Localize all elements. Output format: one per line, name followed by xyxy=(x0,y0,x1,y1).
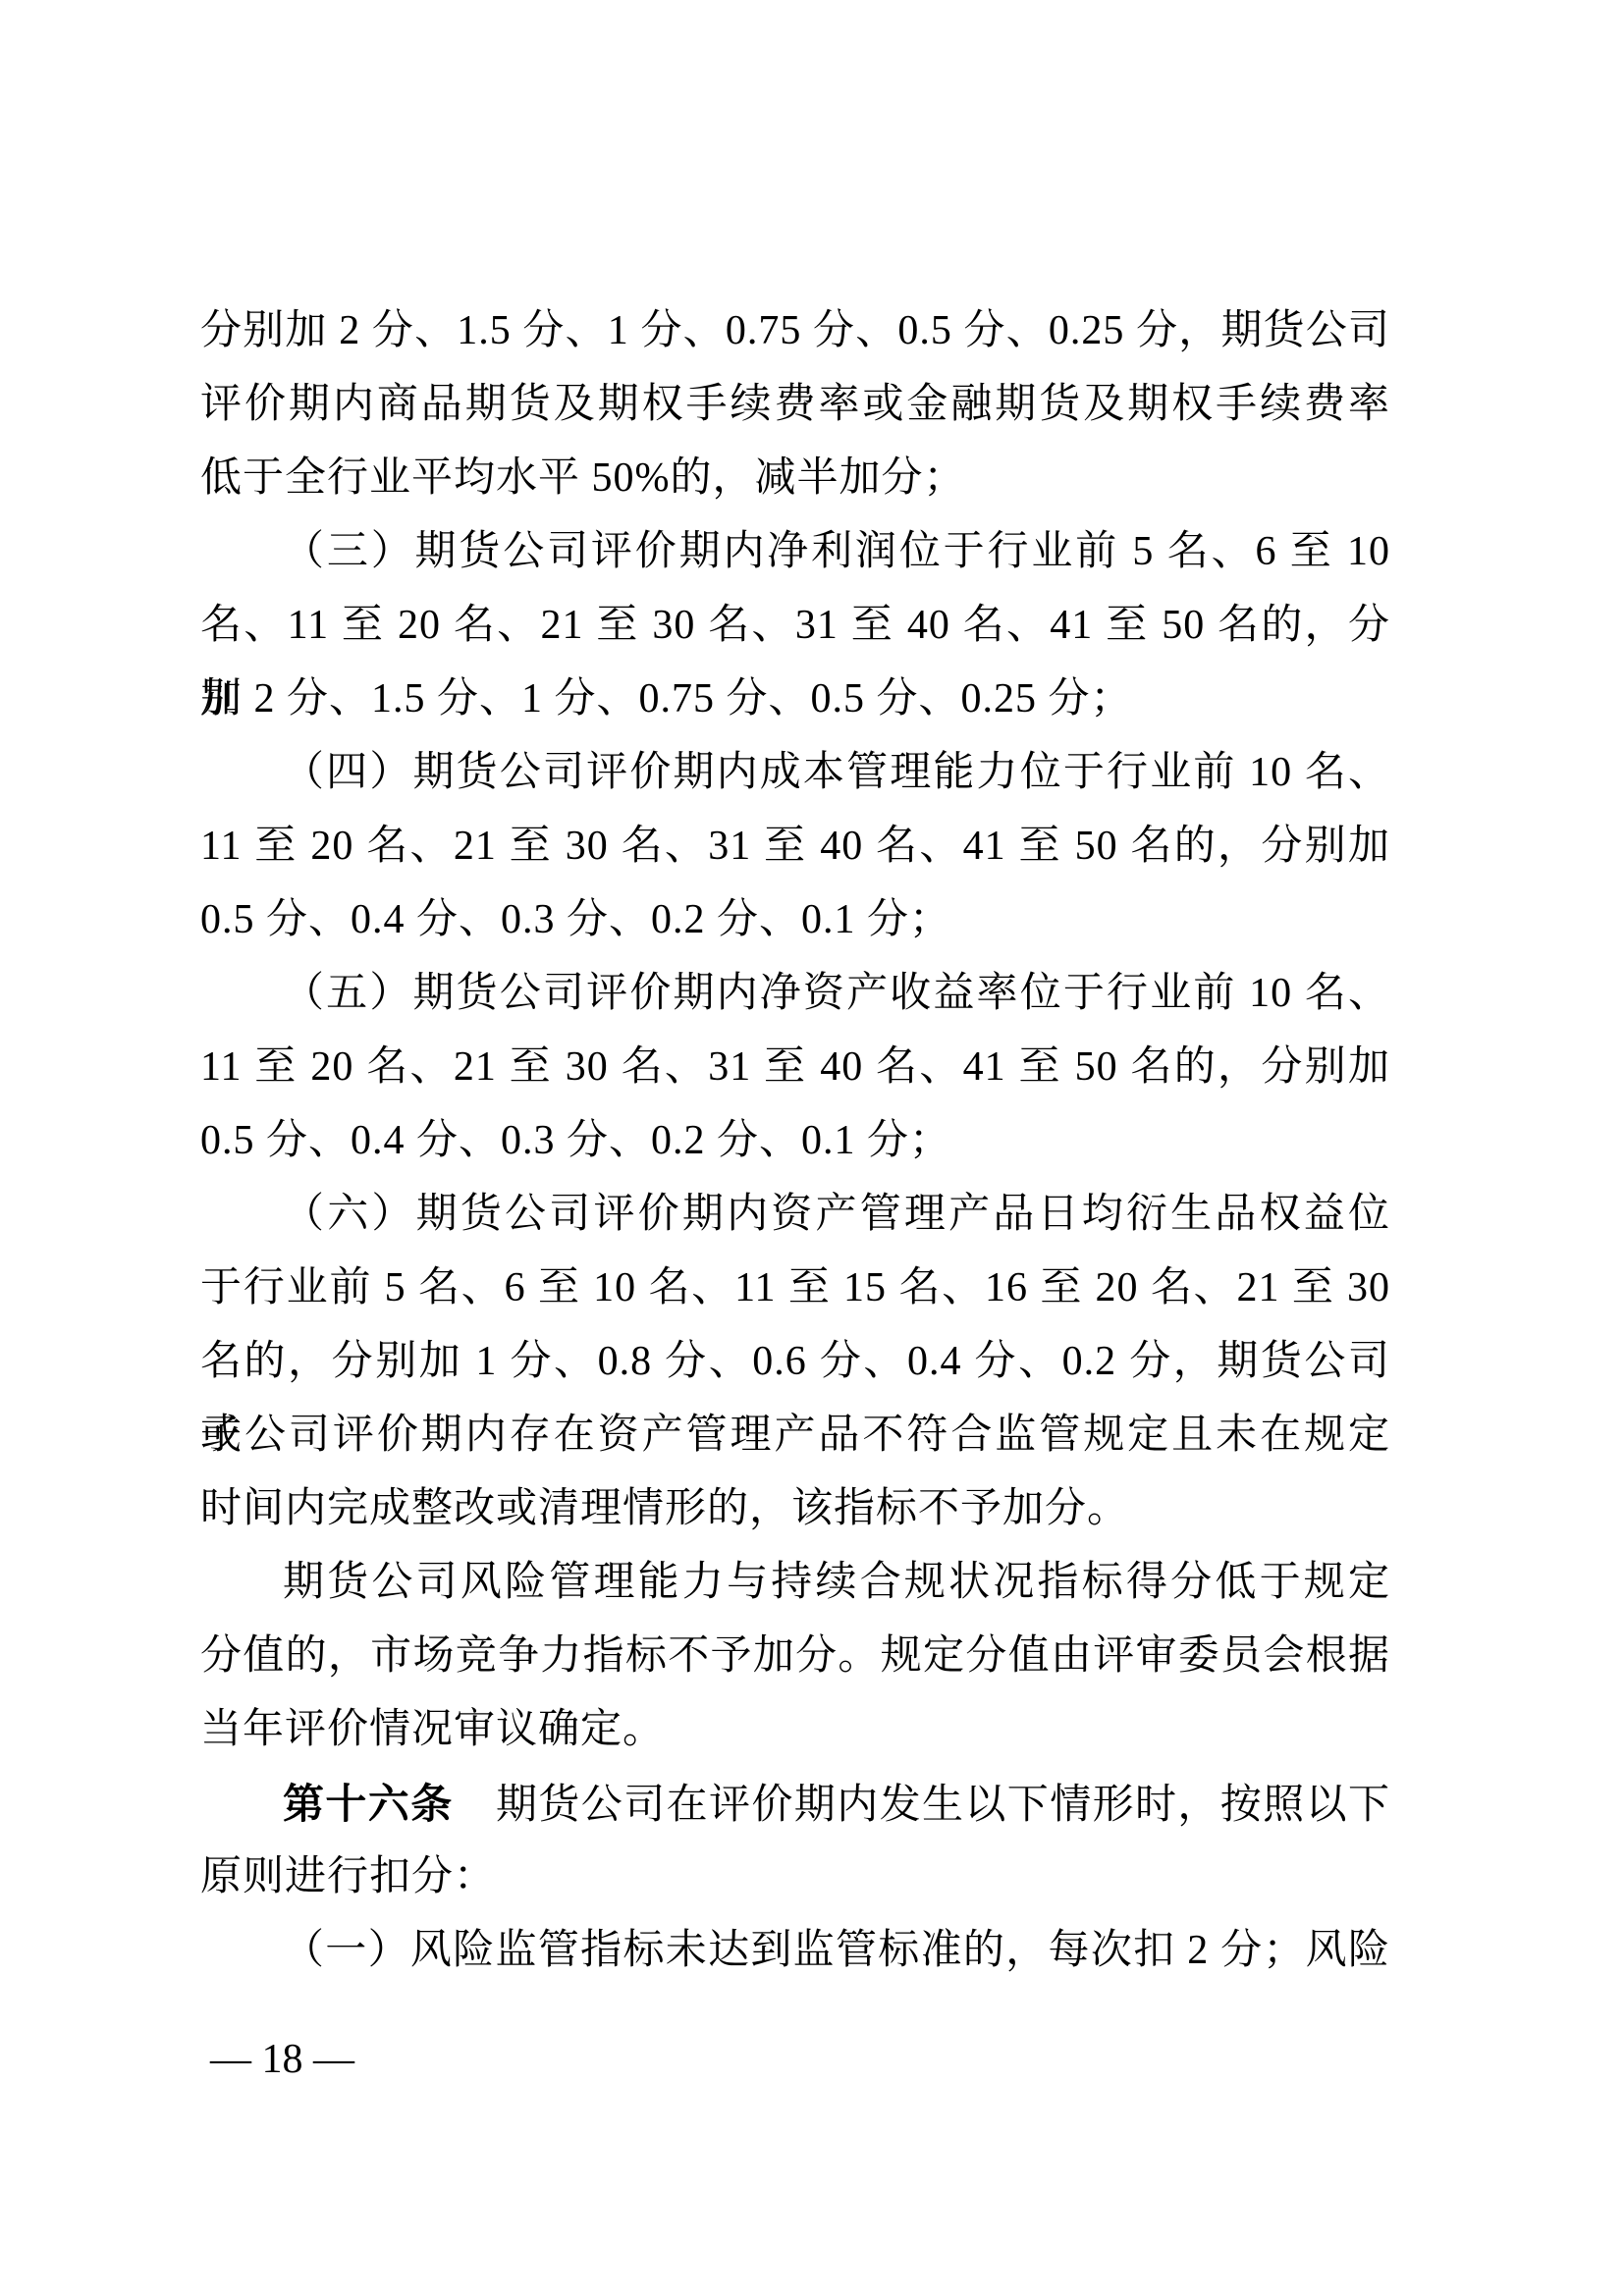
text-segment: 期货公司在评价期内发生以下情形时，按照以下 xyxy=(454,1783,1390,1828)
text-line: 名、11 至 20 名、21 至 30 名、31 至 40 名、41 至 50 … xyxy=(200,589,1390,663)
text-segment: 评价期内商品期货及期权手续费率或金融期货及期权手续费率 xyxy=(200,382,1390,427)
text-segment: 低于全行业平均水平 50%的，减半加分； xyxy=(200,455,966,501)
text-line: 11 至 20 名、21 至 30 名、31 至 40 名、41 至 50 名的… xyxy=(200,1031,1390,1104)
text-line: 名的，分别加 1 分、0.8 分、0.6 分、0.4 分、0.2 分，期货公司或 xyxy=(200,1325,1390,1399)
document-page: 分别加 2 分、1.5 分、1 分、0.75 分、0.5 分、0.25 分，期货… xyxy=(0,0,1624,2296)
text-segment: 期货公司风险管理能力与持续合规状况指标得分低于规定 xyxy=(283,1560,1390,1605)
text-segment: 于行业前 5 名、6 至 10 名、11 至 15 名、16 至 20 名、21… xyxy=(200,1265,1390,1310)
text-line: （五）期货公司评价期内净资产收益率位于行业前 10 名、 xyxy=(200,957,1390,1031)
text-segment: 0.5 分、0.4 分、0.3 分、0.2 分、0.1 分； xyxy=(200,897,951,942)
text-line: 低于全行业平均水平 50%的，减半加分； xyxy=(200,442,1390,515)
text-line: （一）风险监管指标未达到监管标准的，每次扣 2 分；风险 xyxy=(200,1914,1390,1988)
article-number-heading: 第十六条 xyxy=(283,1781,454,1827)
text-line: 0.5 分、0.4 分、0.3 分、0.2 分、0.1 分； xyxy=(200,1104,1390,1178)
text-line: 于行业前 5 名、6 至 10 名、11 至 15 名、16 至 20 名、21… xyxy=(200,1252,1390,1325)
text-line: 评价期内商品期货及期权手续费率或金融期货及期权手续费率 xyxy=(200,368,1390,442)
text-line: 11 至 20 名、21 至 30 名、31 至 40 名、41 至 50 名的… xyxy=(200,810,1390,883)
text-segment: 11 至 20 名、21 至 30 名、31 至 40 名、41 至 50 名的… xyxy=(200,824,1390,869)
document-body: 分别加 2 分、1.5 分、1 分、0.75 分、0.5 分、0.25 分，期货… xyxy=(200,294,1390,1988)
text-line: 分值的，市场竞争力指标不予加分。规定分值由评审委员会根据 xyxy=(200,1620,1390,1693)
text-segment: 0.5 分、0.4 分、0.3 分、0.2 分、0.1 分； xyxy=(200,1118,951,1163)
text-line: 期货公司风险管理能力与持续合规状况指标得分低于规定 xyxy=(200,1546,1390,1620)
text-line: （四）期货公司评价期内成本管理能力位于行业前 10 名、 xyxy=(200,736,1390,810)
text-segment: 时间内完成整改或清理情形的，该指标不予加分。 xyxy=(200,1486,1129,1531)
text-line: 当年评价情况审议确定。 xyxy=(200,1693,1390,1767)
text-segment: 11 至 20 名、21 至 30 名、31 至 40 名、41 至 50 名的… xyxy=(200,1044,1390,1090)
text-line: 加 2 分、1.5 分、1 分、0.75 分、0.5 分、0.25 分； xyxy=(200,663,1390,736)
text-line: 分别加 2 分、1.5 分、1 分、0.75 分、0.5 分、0.25 分，期货… xyxy=(200,294,1390,368)
text-segment: 分别加 2 分、1.5 分、1 分、0.75 分、0.5 分、0.25 分，期货… xyxy=(200,308,1390,353)
text-line: 子公司评价期内存在资产管理产品不符合监管规定且未在规定 xyxy=(200,1399,1390,1472)
text-segment: （六）期货公司评价期内资产管理产品日均衍生品权益位 xyxy=(283,1192,1390,1237)
text-segment: 分值的，市场竞争力指标不予加分。规定分值由评审委员会根据 xyxy=(200,1633,1390,1679)
text-segment: （一）风险监管指标未达到监管标准的，每次扣 2 分；风险 xyxy=(283,1928,1390,1973)
text-segment: 原则进行扣分： xyxy=(200,1854,496,1899)
text-segment: （四）期货公司评价期内成本管理能力位于行业前 10 名、 xyxy=(283,750,1390,795)
text-line: （六）期货公司评价期内资产管理产品日均衍生品权益位 xyxy=(200,1178,1390,1252)
text-line: 时间内完成整改或清理情形的，该指标不予加分。 xyxy=(200,1472,1390,1546)
text-segment: （五）期货公司评价期内净资产收益率位于行业前 10 名、 xyxy=(283,971,1390,1016)
text-line: 原则进行扣分： xyxy=(200,1841,1390,1914)
page-number: — 18 — xyxy=(210,2030,354,2089)
text-segment: 子公司评价期内存在资产管理产品不符合监管规定且未在规定 xyxy=(200,1413,1390,1458)
text-line: （三）期货公司评价期内净利润位于行业前 5 名、6 至 10 xyxy=(200,515,1390,589)
text-segment: 当年评价情况审议确定。 xyxy=(200,1707,665,1752)
text-segment: （三）期货公司评价期内净利润位于行业前 5 名、6 至 10 xyxy=(283,529,1390,574)
text-line: 0.5 分、0.4 分、0.3 分、0.2 分、0.1 分； xyxy=(200,883,1390,957)
text-line: 第十六条 期货公司在评价期内发生以下情形时，按照以下 xyxy=(200,1767,1390,1841)
text-segment: 加 2 分、1.5 分、1 分、0.75 分、0.5 分、0.25 分； xyxy=(200,676,1133,721)
